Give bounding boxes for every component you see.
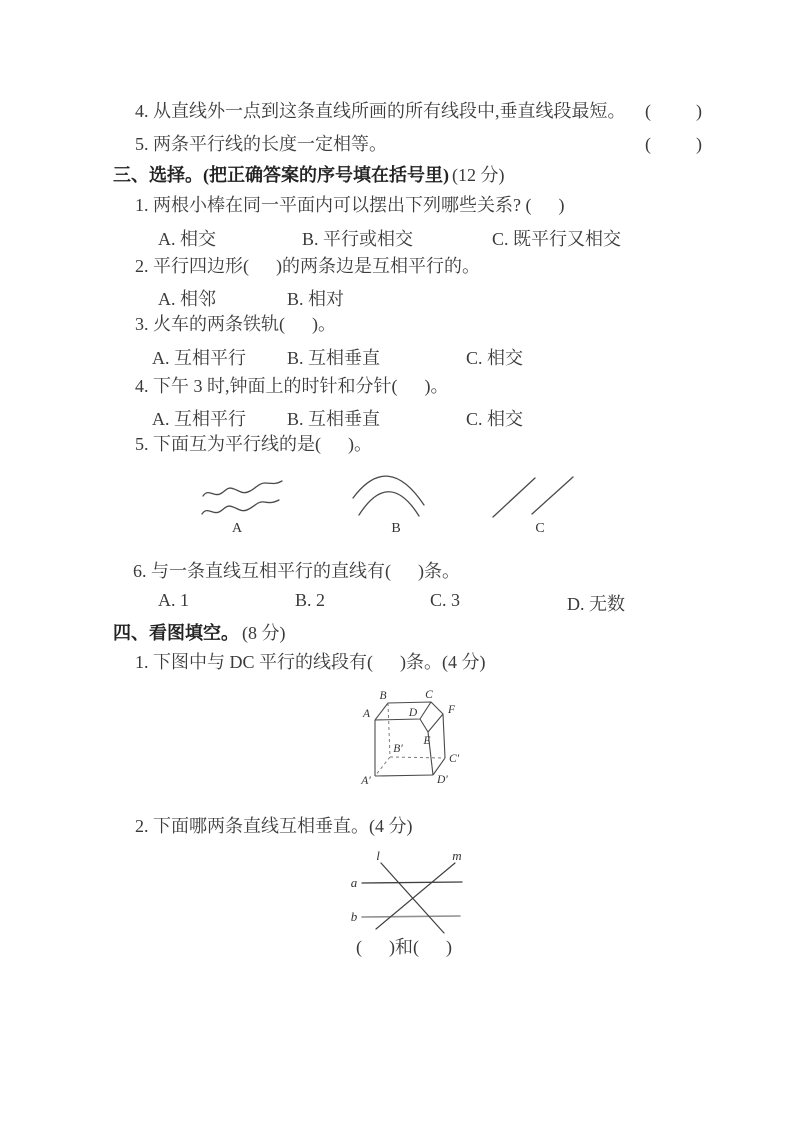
figure-label-b: B xyxy=(391,521,400,536)
diagonal-c-right xyxy=(532,477,573,514)
judge-item-4-bracket: ( ) xyxy=(645,100,702,122)
vertex-label-c: C xyxy=(425,689,433,701)
cube-edge-f-cprime xyxy=(443,714,445,758)
choice-q4: 4. 下午 3 时,钟面上的时针和分针( )。 xyxy=(135,375,449,397)
choice-q6-option-d: D. 无数 xyxy=(567,590,625,616)
line-a xyxy=(362,882,462,883)
choice-q1-option-a: A. 相交 xyxy=(158,225,216,251)
section-choice-heading: 三、选择。(把正确答案的序号填在括号里)(12 分) xyxy=(113,164,505,186)
judge-item-4: 4. 从直线外一点到这条直线所画的所有线段中,垂直线段最短。 xyxy=(135,100,626,122)
arc-b-upper xyxy=(353,476,424,505)
choice-q4-option-c: C. 相交 xyxy=(466,405,523,431)
line-b xyxy=(362,916,460,917)
vertex-label-a-prime: A′ xyxy=(360,775,371,787)
arc-b-lower xyxy=(359,492,419,516)
line-label-a: a xyxy=(351,875,358,890)
parallel-options-figure: A B C xyxy=(195,465,585,543)
wavy-line-a-upper xyxy=(203,481,282,496)
choice-q3-option-b: B. 互相垂直 xyxy=(287,344,380,370)
choice-q1-option-b: B. 平行或相交 xyxy=(302,225,413,251)
choice-q3: 3. 火车的两条铁轨( )。 xyxy=(135,313,336,335)
choice-q2-option-a: A. 相邻 xyxy=(158,285,216,311)
cube-edge-dprime-cprime xyxy=(433,758,445,775)
fill-q1: 1. 下图中与 DC 平行的线段有( )条。(4 分) xyxy=(135,651,485,673)
choice-q3-option-a: A. 互相平行 xyxy=(152,344,246,370)
choice-q6-option-a: A. 1 xyxy=(158,590,189,611)
line-m xyxy=(376,863,455,929)
choice-q6-option-c: C. 3 xyxy=(430,590,460,611)
choice-q1: 1. 两根小棒在同一平面内可以摆出下列哪些关系? ( ) xyxy=(135,194,564,216)
choice-q2: 2. 平行四边形( )的两条边是互相平行的。 xyxy=(135,255,480,277)
figure-label-a: A xyxy=(232,521,243,536)
choice-q6-option-b: B. 2 xyxy=(295,590,325,611)
vertex-label-d-prime: D′ xyxy=(436,774,448,786)
choice-q3-option-c: C. 相交 xyxy=(466,344,523,370)
wavy-line-a-lower xyxy=(202,500,279,514)
vertex-label-c-prime: C′ xyxy=(449,753,460,765)
vertex-label-d: D xyxy=(408,707,418,719)
diagonal-c-left xyxy=(493,478,535,517)
cube-top-face-edges xyxy=(375,702,431,720)
vertex-label-e: E xyxy=(422,735,430,747)
figure-label-c: C xyxy=(535,521,544,536)
choice-q2-option-b: B. 相对 xyxy=(287,285,344,311)
line-label-l: l xyxy=(376,848,380,863)
section-choice-title: 三、选择。(把正确答案的序号填在括号里) xyxy=(113,165,449,185)
choice-q4-option-b: B. 互相垂直 xyxy=(287,405,380,431)
section-fill-title: 四、看图填空。 xyxy=(113,623,239,643)
line-label-m: m xyxy=(452,848,461,863)
line-label-b: b xyxy=(351,909,358,924)
fill-q2: 2. 下面哪两条直线互相垂直。(4 分) xyxy=(135,815,413,837)
section-fill-heading: 四、看图填空。(8 分) xyxy=(113,622,286,644)
cube-hidden-edge-bprime-aprime xyxy=(375,757,390,776)
section-choice-score: (12 分) xyxy=(452,165,505,185)
perpendicular-lines-figure: l m a b xyxy=(345,848,470,940)
vertex-label-b: B xyxy=(379,690,386,702)
cube-edge-aprime-dprime xyxy=(375,775,433,776)
vertex-label-f: F xyxy=(447,704,456,716)
judge-item-5-bracket: ( ) xyxy=(645,133,702,155)
cube-hidden-edge-bprime-cprime xyxy=(390,757,445,758)
cube-figure: A B C D E F A′ B′ C′ D′ xyxy=(350,688,465,790)
cube-hidden-edge-b-bprime xyxy=(388,703,390,757)
choice-q1-option-c: C. 既平行又相交 xyxy=(492,225,621,251)
cube-cut-corner-face xyxy=(420,702,443,732)
worksheet-page: 4. 从直线外一点到这条直线所画的所有线段中,垂直线段最短。 ( ) 5. 两条… xyxy=(0,0,793,1122)
judge-item-5: 5. 两条平行线的长度一定相等。 xyxy=(135,133,387,155)
vertex-label-a: A xyxy=(362,708,371,720)
choice-q6: 6. 与一条直线互相平行的直线有( )条。 xyxy=(133,560,460,582)
section-fill-score: (8 分) xyxy=(242,623,286,643)
vertex-label-b-prime: B′ xyxy=(393,743,403,755)
choice-q5: 5. 下面互为平行线的是( )。 xyxy=(135,433,372,455)
choice-q4-option-a: A. 互相平行 xyxy=(152,405,246,431)
answer-brackets: ( )和( ) xyxy=(356,936,452,958)
